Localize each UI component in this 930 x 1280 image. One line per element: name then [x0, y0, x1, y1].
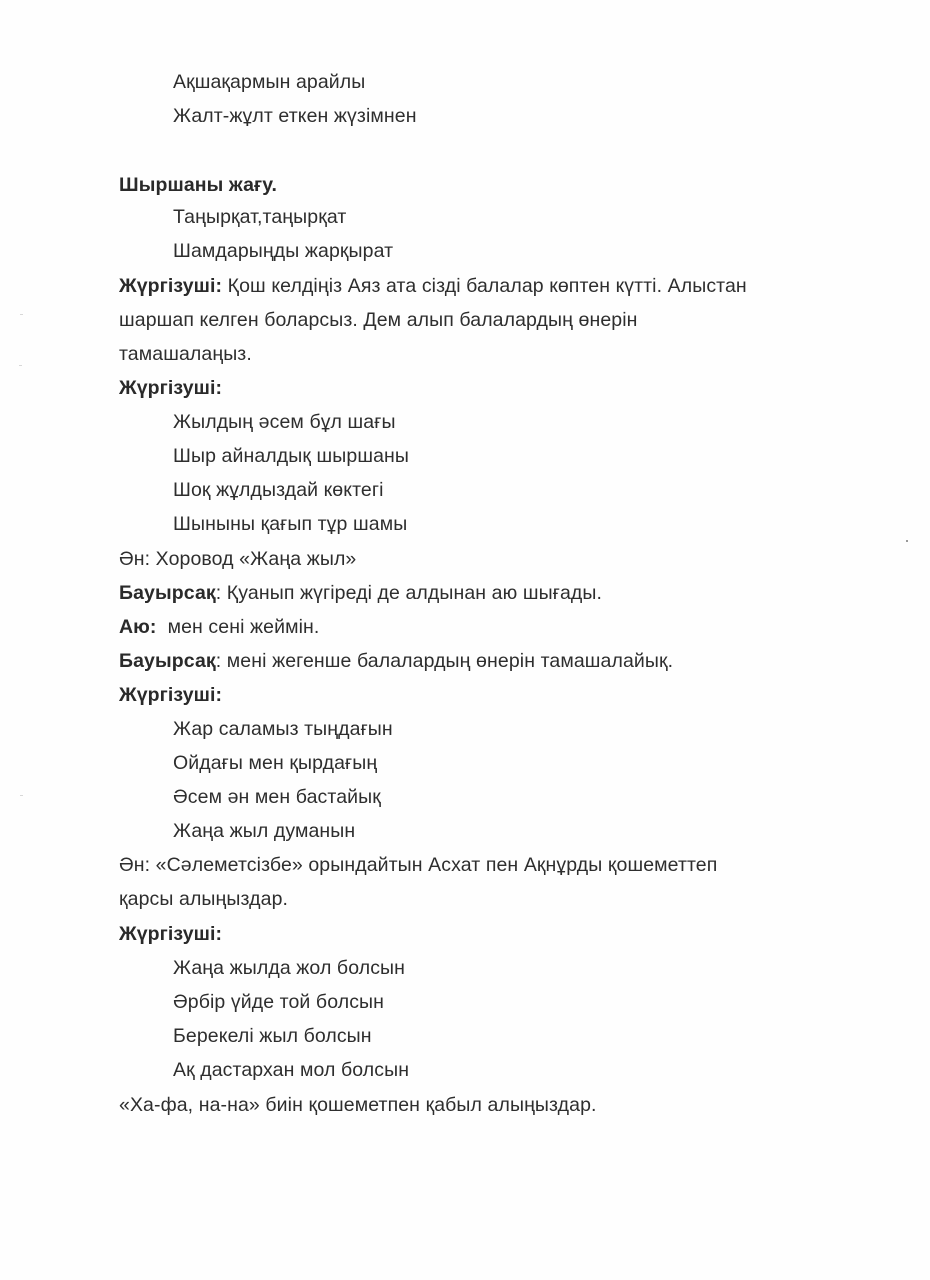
dialogue-line: Аю: мен сені жеймін.: [119, 615, 319, 639]
speech-text: : Қуанып жүгіреді де алдынан аю шығады.: [216, 582, 602, 604]
text-line: тамашалаңыз.: [119, 342, 252, 366]
scan-speck: [20, 795, 23, 796]
dialogue-line: Жүргізуші: Қош келдіңіз Аяз ата сізді ба…: [119, 274, 747, 298]
speaker-name: Бауырсақ: [119, 582, 216, 604]
verse-line: Таңырқат,таңырқат: [173, 205, 346, 229]
dialogue-line: Бауырсақ: мені жегенше балалардың өнерін…: [119, 649, 673, 673]
verse-line: Ақшақармын арайлы: [173, 70, 365, 94]
verse-line: Шамдарыңды жарқырат: [173, 239, 393, 263]
speaker-name: Жүргізуші:: [119, 275, 222, 297]
section-heading: Жүргізуші:: [119, 376, 222, 400]
speaker-name: Аю:: [119, 616, 157, 638]
verse-line: Шоқ жұлдыздай көктегі: [173, 478, 384, 502]
text-line: «Ха-фа, на-на» биін қошеметпен қабыл алы…: [119, 1093, 597, 1117]
speech-text: Қош келдіңіз Аяз ата сізді балалар көпте…: [222, 275, 747, 297]
text-line: шаршап келген боларсыз. Дем алып балалар…: [119, 308, 638, 332]
section-heading: Шыршаны жағу.: [119, 173, 277, 197]
verse-line: Жаңа жылда жол болсын: [173, 956, 405, 980]
text-line: қарсы алыңыздар.: [119, 887, 288, 911]
verse-line: Жар саламыз тыңдағын: [173, 717, 393, 741]
verse-line: Жаңа жыл думанын: [173, 819, 355, 843]
text-line: Ән: «Сәлеметсізбе» орындайтын Асхат пен …: [119, 853, 717, 877]
verse-line: Әрбір үйде той болсын: [173, 990, 384, 1014]
verse-line: Әсем ән мен бастайық: [173, 785, 381, 809]
verse-line: Шыныны қағып тұр шамы: [173, 512, 407, 536]
section-heading: Жүргізуші:: [119, 922, 222, 946]
section-heading: Жүргізуші:: [119, 683, 222, 707]
verse-line: Ойдағы мен қырдағың: [173, 751, 377, 775]
scanned-page: Ақшақармын арайлыЖалт-жұлт еткен жүзімне…: [0, 0, 930, 1280]
dialogue-line: Бауырсақ: Қуанып жүгіреді де алдынан аю …: [119, 581, 602, 605]
speech-text: мен сені жеймін.: [157, 616, 320, 638]
verse-line: Шыр айналдық шыршаны: [173, 444, 409, 468]
speaker-name: Бауырсақ: [119, 650, 216, 672]
text-line: Ән: Хоровод «Жаңа жыл»: [119, 547, 356, 571]
verse-line: Ақ дастархан мол болсын: [173, 1058, 409, 1082]
verse-line: Берекелі жыл болсын: [173, 1024, 372, 1048]
verse-line: Жылдың әсем бұл шағы: [173, 410, 396, 434]
scan-speck: [906, 540, 908, 542]
speech-text: : мені жегенше балалардың өнерін тамашал…: [216, 650, 673, 672]
scan-speck: [19, 365, 22, 366]
scan-speck: [20, 314, 23, 315]
verse-line: Жалт-жұлт еткен жүзімнен: [173, 104, 417, 128]
